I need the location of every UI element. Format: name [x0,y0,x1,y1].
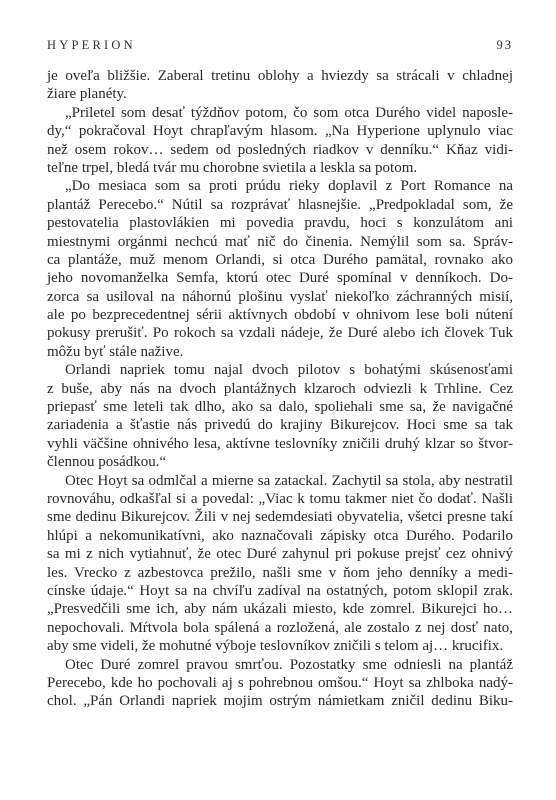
text-line: môžu byť stále nažive. [47,343,513,361]
text-line: teľne trpel, bledá tvár mu chorobne svie… [47,159,513,177]
body-text: je oveľa bližšie. Zaberal tretinu oblohy… [47,67,513,711]
text-line: zariadenia a šťastie nás privedú do kraj… [47,416,513,434]
text-line: aby sme videli, že mohutné výboje teslov… [47,637,513,655]
text-line: člennou posádkou.“ [47,453,513,471]
text-line: je oveľa bližšie. Zaberal tretinu oblohy… [47,67,513,85]
text-line: žiare planéty. [47,85,513,103]
text-line: z buše, aby nás na dvoch plantážnych klz… [47,380,513,398]
text-line: sme dedinu Bikurejcov. Žili v nej sedemd… [47,508,513,526]
text-line: pestovatelia plastovlákien mi povedia pr… [47,214,513,232]
book-page: HYPERION 93 je oveľa bližšie. Zaberal tr… [47,0,513,800]
text-line: rovnováhu, odkašľal si a povedal: „Viac … [47,490,513,508]
text-line: Otec Duré zomrel pravou smrťou. Pozostat… [47,656,513,674]
text-line: Perecebo, kde ho pochovali aj s pohrebno… [47,674,513,692]
text-line: zorca sa usiloval na náhornú plošinu vys… [47,288,513,306]
text-line: ale po bezprecedentnej sérii aktívnych o… [47,306,513,324]
text-line: „Do mesiaca som sa proti prúdu rieky dop… [47,177,513,195]
text-line: nepochovali. Mŕtvola bola spálená a rozl… [47,619,513,637]
text-line: ca plantáže, muž menom Orlandi, si otca … [47,251,513,269]
text-line: plantáž Perecebo.“ Nútil sa rozprávať hl… [47,196,513,214]
page-number: 93 [497,38,514,53]
text-line: Orlandi napriek tomu najal dvoch pilotov… [47,361,513,379]
running-header: HYPERION 93 [47,38,513,54]
text-line: sa mi z nich vytiahnuť, že otec Duré zah… [47,545,513,563]
text-line: miestnymi orgánmi nechcú mať nič do čine… [47,233,513,251]
text-line: „Presvedčili sme ich, aby nám ukázali mi… [47,600,513,618]
text-line: hlúpi a nekomunikatívni, ako naznačovali… [47,527,513,545]
text-line: priepasť sme leteli tak dlho, ako sa dal… [47,398,513,416]
text-line: vyhli väčšine ohnivého lesa, aktívne tes… [47,435,513,453]
text-line: než osem rokov… sedem od posledných riad… [47,141,513,159]
text-line: jeho novomanželka Semfa, ktorú otec Duré… [47,269,513,287]
text-line: Otec Hoyt sa odmlčal a mierne sa zatacka… [47,472,513,490]
text-line: „Priletel som desať týždňov potom, čo so… [47,104,513,122]
text-line: chol. „Pán Orlandi napriek mojim ostrým … [47,692,513,710]
text-line: cínske údaje.“ Hoyt sa na chvíľu zadíval… [47,582,513,600]
book-title: HYPERION [47,38,136,53]
text-line: dy,“ pokračoval Hoyt chrapľavým hlasom. … [47,122,513,140]
text-line: les. Vrecko z azbestovca prežilo, našli … [47,564,513,582]
text-line: pokusy prerušiť. Po rokoch sa vzdali nád… [47,324,513,342]
